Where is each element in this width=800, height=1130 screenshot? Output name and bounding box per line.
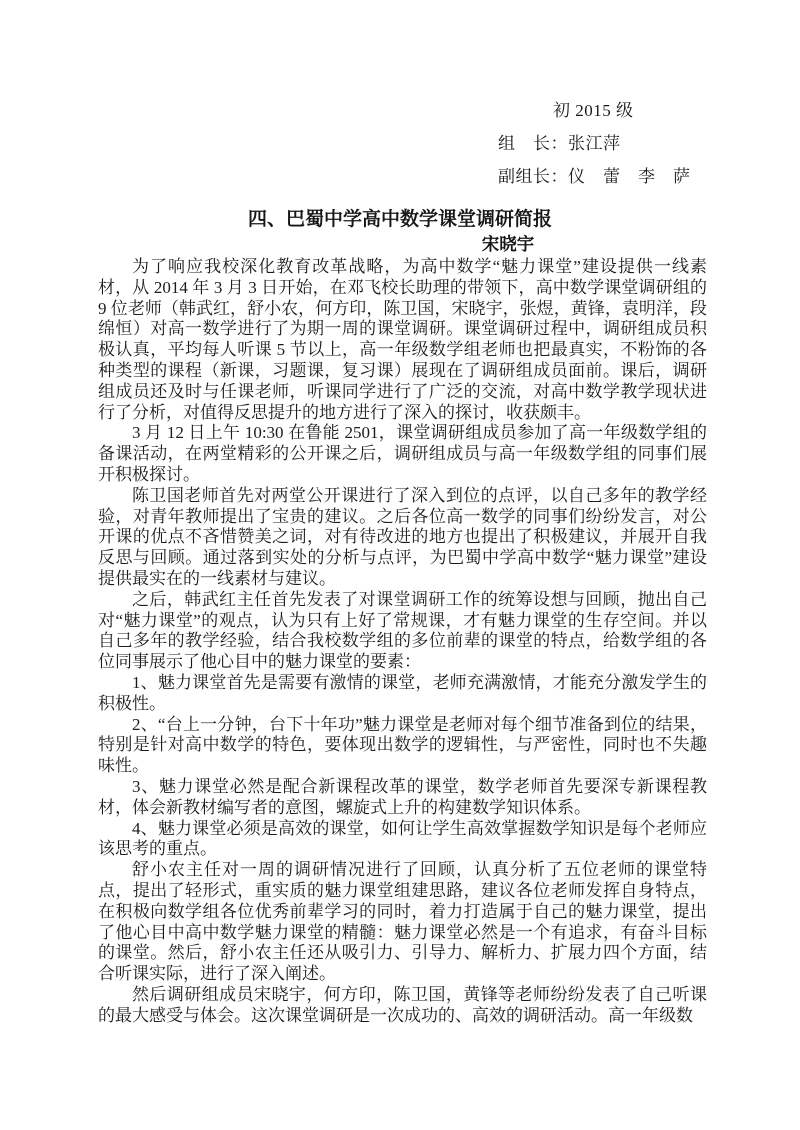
paragraph-shuxiaonong: 舒小农主任对一周的调研情况进行了回顾，认真分析了五位老师的课堂特点，提出了轻形式…: [98, 860, 707, 985]
grade-label: 初 2015 级: [553, 101, 634, 121]
document-body: 为了响应我校深化教育改革战略，为高中数学“魅力课堂”建设提供一线素材，从 201…: [98, 257, 707, 1026]
deputy-leader-line: 副组长：仪 蕾 李 萨: [498, 167, 691, 187]
document-title: 四、巴蜀中学高中数学课堂调研简报: [0, 209, 800, 231]
list-item-4: 4、魅力课堂必须是高效的课堂，如何让学生高效掌握数学知识是每个老师应该思考的重点…: [98, 819, 707, 861]
paragraph-conclusion: 然后调研组成员宋晓宇，何方印，陈卫国，黄锋等老师纷纷发表了自己听课的最大感受与体…: [98, 985, 707, 1027]
list-item-2: 2、“台上一分钟，台下十年功”魅力课堂是老师对每个细节准备到位的结果，特别是针对…: [98, 715, 707, 777]
group-leader-line: 组 长：张江萍: [498, 134, 621, 154]
paragraph-intro: 为了响应我校深化教育改革战略，为高中数学“魅力课堂”建设提供一线素材，从 201…: [98, 257, 707, 423]
document-page: 初 2015 级 组 长：张江萍 副组长：仪 蕾 李 萨 四、巴蜀中学高中数学课…: [0, 0, 800, 1130]
list-item-1: 1、魅力课堂首先是需要有激情的课堂，老师充满激情，才能充分激发学生的积极性。: [98, 673, 707, 715]
paragraph-chenweiguo: 陈卫国老师首先对两堂公开课进行了深入到位的点评，以自己多年的教学经验，对青年教师…: [98, 486, 707, 590]
list-item-3: 3、魅力课堂必然是配合新课程改革的课堂，数学老师首先要深专新课程教材，体会新教材…: [98, 777, 707, 819]
author-name: 宋晓宇: [0, 234, 800, 254]
paragraph-meeting: 3 月 12 日上午 10:30 在鲁能 2501，课堂调研组成员参加了高一年级…: [98, 423, 707, 485]
paragraph-hanwuhong: 之后，韩武红主任首先发表了对课堂调研工作的统筹设想与回顾，抛出自己对“魅力课堂”…: [98, 590, 707, 673]
